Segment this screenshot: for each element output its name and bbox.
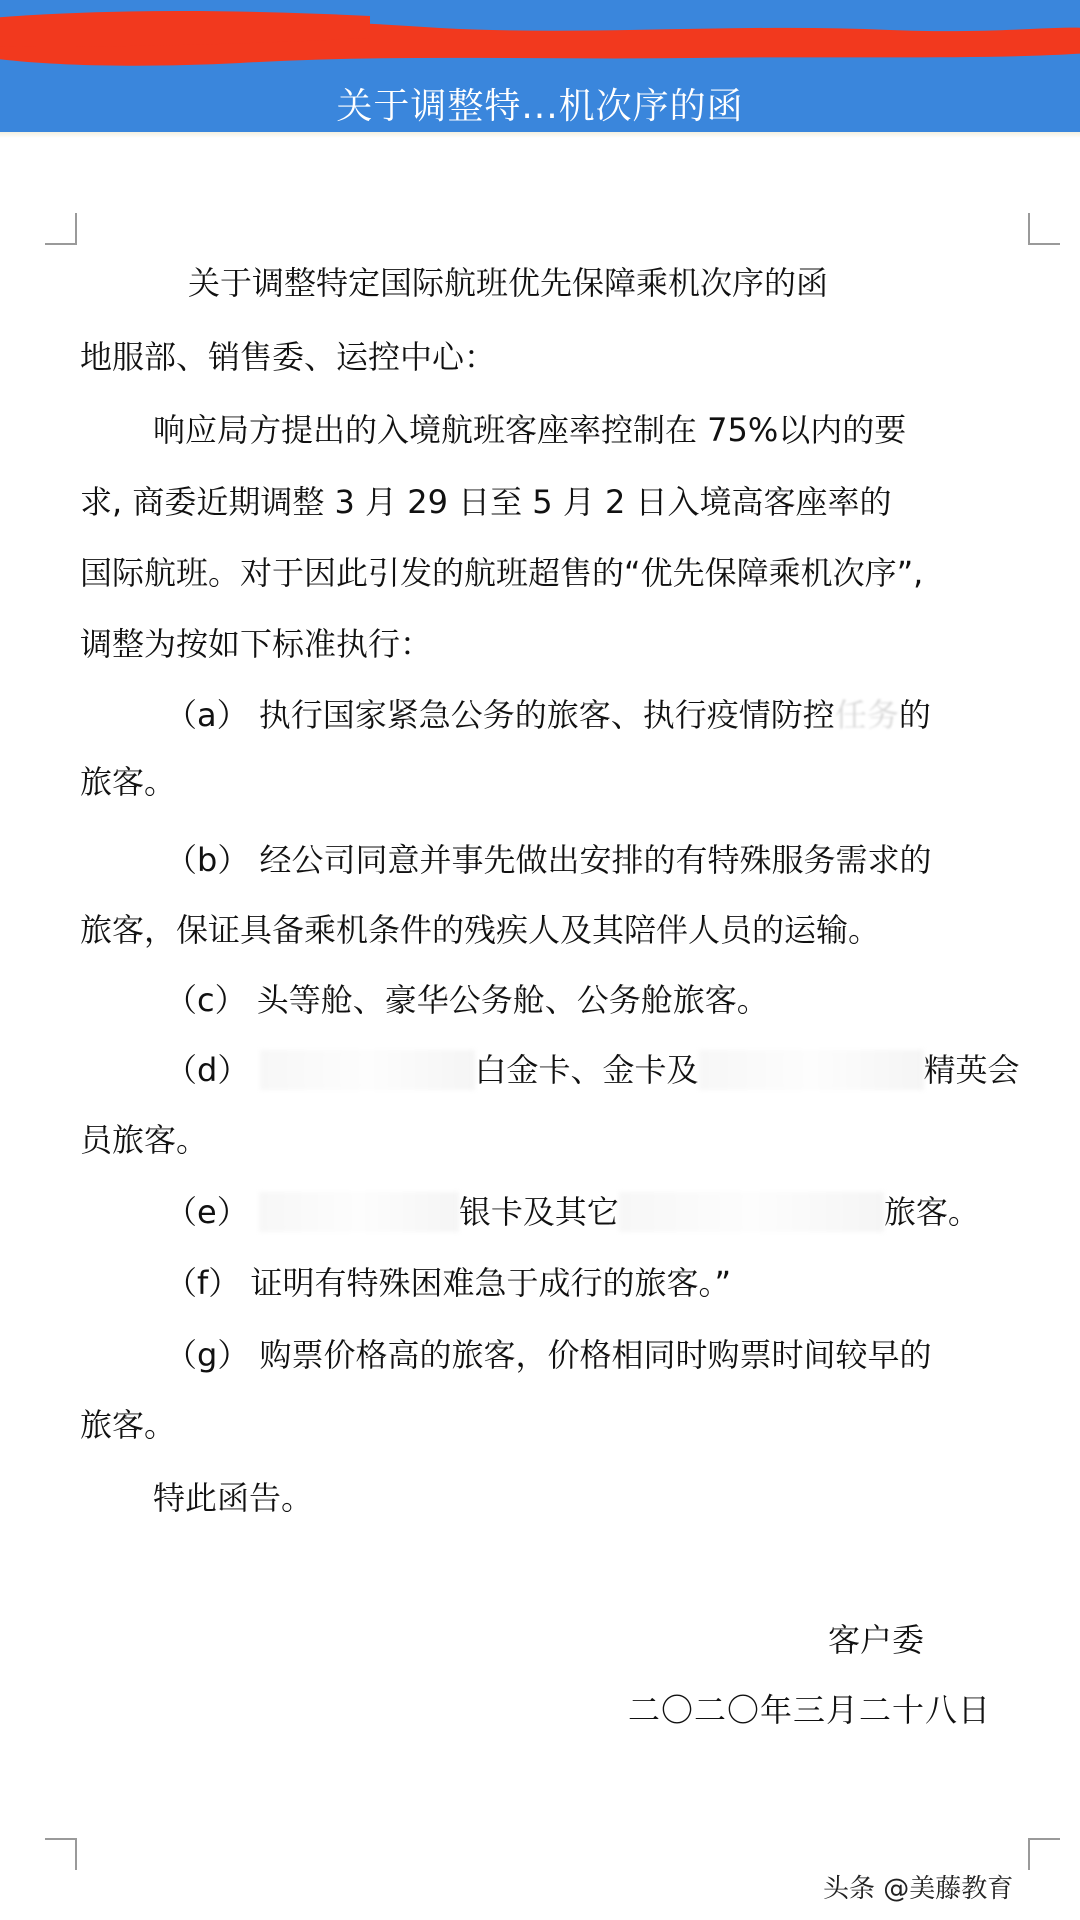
letter-recipients: 地服部、销售委、运控中心：: [80, 337, 496, 377]
item-text: 购票价格高的旅客，价格相同时购票时间较早的: [260, 1336, 932, 1374]
body-line-4: 调整为按如下标准执行：: [80, 624, 432, 664]
list-item-e: （e） 银卡及其它旅客。: [165, 1192, 980, 1232]
page-corner-mark-top-left: [45, 213, 77, 245]
list-item-a: （a） 执行国家紧急公务的旅客、执行疫情防控任务的: [165, 695, 931, 735]
item-label: （b）: [165, 841, 249, 879]
closing-line: 特此函告。: [153, 1478, 313, 1518]
item-text-end: 精英会: [924, 1051, 1020, 1089]
source-watermark: 头条 @美藤教育: [823, 1868, 1013, 1905]
item-text-blurred: 任务: [835, 696, 899, 734]
signer: 客户委: [828, 1620, 924, 1660]
item-label: （e）: [165, 1193, 249, 1231]
list-item-b: （b） 经公司同意并事先做出安排的有特殊服务需求的: [165, 840, 932, 880]
item-text: 经公司同意并事先做出安排的有特殊服务需求的: [260, 841, 932, 879]
app-header-bar: 关于调整特...机次序的函: [0, 0, 1080, 132]
page-corner-mark-top-right: [1028, 213, 1060, 245]
item-label: （d）: [165, 1051, 249, 1089]
body-line-2: 求, 商委近期调整 3 月 29 日至 5 月 2 日入境高客座率的: [80, 482, 892, 522]
list-item-f: （f） 证明有特殊困难急于成行的旅客。”: [165, 1263, 731, 1303]
item-text: 白金卡、金卡及: [475, 1051, 699, 1089]
redacted-text: [699, 1050, 924, 1090]
redacted-text: [259, 1192, 459, 1232]
item-label: （g）: [165, 1336, 249, 1374]
item-text: 证明有特殊困难急于成行的旅客。”: [250, 1264, 731, 1302]
letter-title: 关于调整特定国际航班优先保障乘机次序的函: [188, 263, 828, 303]
document-title-bar: 关于调整特...机次序的函: [0, 78, 1080, 129]
list-item-d: （d） 白金卡、金卡及精英会: [165, 1050, 1020, 1090]
list-item-d-cont: 员旅客。: [80, 1120, 208, 1160]
list-item-g: （g） 购票价格高的旅客，价格相同时购票时间较早的: [165, 1335, 932, 1375]
page-corner-mark-bottom-left: [45, 1838, 77, 1870]
item-label: （c）: [165, 981, 247, 1019]
list-item-b-cont: 旅客，保证具备乘机条件的残疾人及其陪伴人员的运输。: [80, 910, 880, 950]
redaction-scribble: [0, 8, 1080, 68]
body-line-3: 国际航班。对于因此引发的航班超售的“优先保障乘机次序”,: [80, 553, 923, 593]
list-item-a-cont: 旅客。: [80, 762, 176, 802]
header-divider: [0, 132, 1080, 138]
item-label: （f）: [165, 1264, 240, 1302]
letter-date: 二〇二〇年三月二十八日: [628, 1690, 991, 1730]
list-item-g-cont: 旅客。: [80, 1405, 176, 1445]
item-text: 头等舱、豪华公务舱、公务舱旅客。: [257, 981, 769, 1019]
item-text: 银卡及其它: [459, 1193, 619, 1231]
item-text: 执行国家紧急公务的旅客、执行疫情防控: [259, 696, 835, 734]
list-item-c: （c） 头等舱、豪华公务舱、公务舱旅客。: [165, 980, 769, 1020]
item-text-end: 旅客。: [884, 1193, 980, 1231]
redacted-text: [260, 1050, 475, 1090]
redacted-text: [619, 1192, 884, 1232]
page-corner-mark-bottom-right: [1028, 1838, 1060, 1870]
item-text-end: 的: [899, 696, 931, 734]
body-line-1: 响应局方提出的入境航班客座率控制在 75%以内的要: [153, 410, 906, 450]
item-label: （a）: [165, 696, 249, 734]
